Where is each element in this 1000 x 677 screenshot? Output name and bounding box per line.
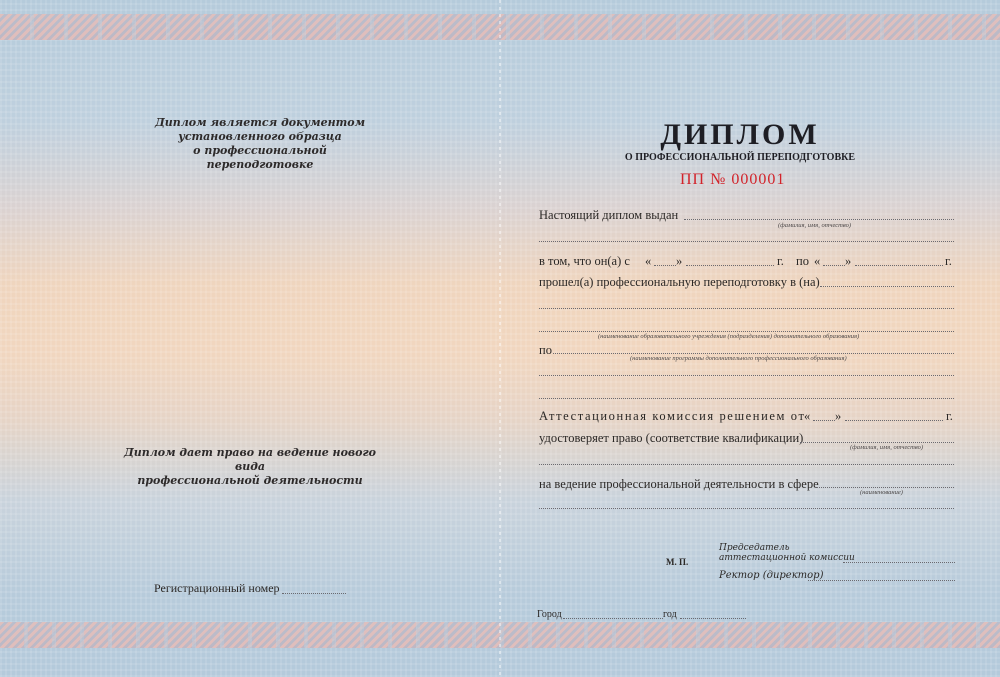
commission-month-field[interactable] xyxy=(845,420,943,421)
diploma-title: ДИПЛОМ xyxy=(600,118,880,152)
sphere-label: на ведение профессиональной деятельности… xyxy=(539,477,819,492)
institution-field-line-2[interactable] xyxy=(539,308,954,309)
issued-to-label: Настоящий диплом выдан xyxy=(539,208,678,223)
note-line: Диплом является документом xyxy=(140,116,380,130)
stamp-label: М. П. xyxy=(666,557,688,567)
rector-signature-field[interactable] xyxy=(808,580,955,581)
period-start-day-field[interactable] xyxy=(654,265,676,266)
sphere-hint: (наименование) xyxy=(860,489,903,496)
note-line: о профессиональной переподготовке xyxy=(140,144,380,172)
certifies-label: удостоверяет право (соответствие квалифи… xyxy=(539,431,803,446)
note-line: Диплом дает право на ведение нового вида xyxy=(110,446,390,474)
diploma-spread: Диплом является документом установленног… xyxy=(0,0,1000,677)
program-hint: (наименование программы дополнительного … xyxy=(630,355,847,362)
center-fold xyxy=(499,0,501,677)
institution-hint: (наименование образовательного учреждени… xyxy=(598,333,859,340)
completed-label: прошел(а) профессиональную переподготовк… xyxy=(539,275,820,290)
period-start-quote-open: « xyxy=(645,254,651,269)
period-end-day-field[interactable] xyxy=(823,265,845,266)
city-field[interactable] xyxy=(563,618,663,619)
sphere-field-line-2[interactable] xyxy=(539,508,954,509)
issued-to-field-line-2[interactable] xyxy=(539,241,954,242)
institution-field-line-3[interactable] xyxy=(539,331,954,332)
commission-label: Аттестационная комиссия решением от xyxy=(539,409,806,424)
commission-quote-close: » xyxy=(835,409,841,424)
diploma-subtitle: О ПРОФЕССИОНАЛЬНОЙ ПЕРЕПОДГОТОВКЕ xyxy=(600,152,880,163)
note-line: профессиональной деятельности xyxy=(110,474,390,488)
city-label: Город xyxy=(537,609,562,620)
period-to-label: по xyxy=(796,254,809,269)
program-field-line-3[interactable] xyxy=(539,398,954,399)
period-start-quote-close: » xyxy=(676,254,682,269)
left-middle-note: Диплом дает право на ведение нового вида… xyxy=(110,446,390,488)
year-label: год xyxy=(663,609,677,620)
diploma-number: ПП № 000001 xyxy=(680,171,785,189)
commission-year-suffix: г. xyxy=(946,409,953,424)
commission-day-field[interactable] xyxy=(813,420,835,421)
period-end-year-suffix: г. xyxy=(945,254,952,269)
issued-to-field[interactable] xyxy=(684,219,954,220)
institution-field[interactable] xyxy=(820,286,954,287)
registration-label: Регистрационный номер xyxy=(154,581,280,596)
left-top-note: Диплом является документом установленног… xyxy=(140,116,380,172)
certifies-field-line-2[interactable] xyxy=(539,464,954,465)
commission-quote-open: « xyxy=(804,409,810,424)
registration-number-field[interactable] xyxy=(282,593,346,594)
issued-to-hint: (фамилия, имя, отчество) xyxy=(778,222,851,229)
period-end-month-field[interactable] xyxy=(855,265,943,266)
certifies-hint: (фамилия, имя, отчество) xyxy=(850,444,923,451)
note-line: установленного образца xyxy=(140,130,380,144)
sphere-field[interactable] xyxy=(815,487,954,488)
chairman-label-2: аттестационной комиссии xyxy=(719,553,855,564)
chairman-signature-field[interactable] xyxy=(843,562,955,563)
period-end-quote-close: » xyxy=(845,254,851,269)
program-field[interactable] xyxy=(553,353,954,354)
year-field[interactable] xyxy=(680,618,746,619)
certifies-field[interactable] xyxy=(800,442,954,443)
program-label: по xyxy=(539,343,552,358)
period-start-year-suffix: г. xyxy=(777,254,784,269)
period-end-quote-open: « xyxy=(814,254,820,269)
program-field-line-2[interactable] xyxy=(539,375,954,376)
period-start-month-field[interactable] xyxy=(686,265,774,266)
period-label: в том, что он(а) с xyxy=(539,254,630,269)
